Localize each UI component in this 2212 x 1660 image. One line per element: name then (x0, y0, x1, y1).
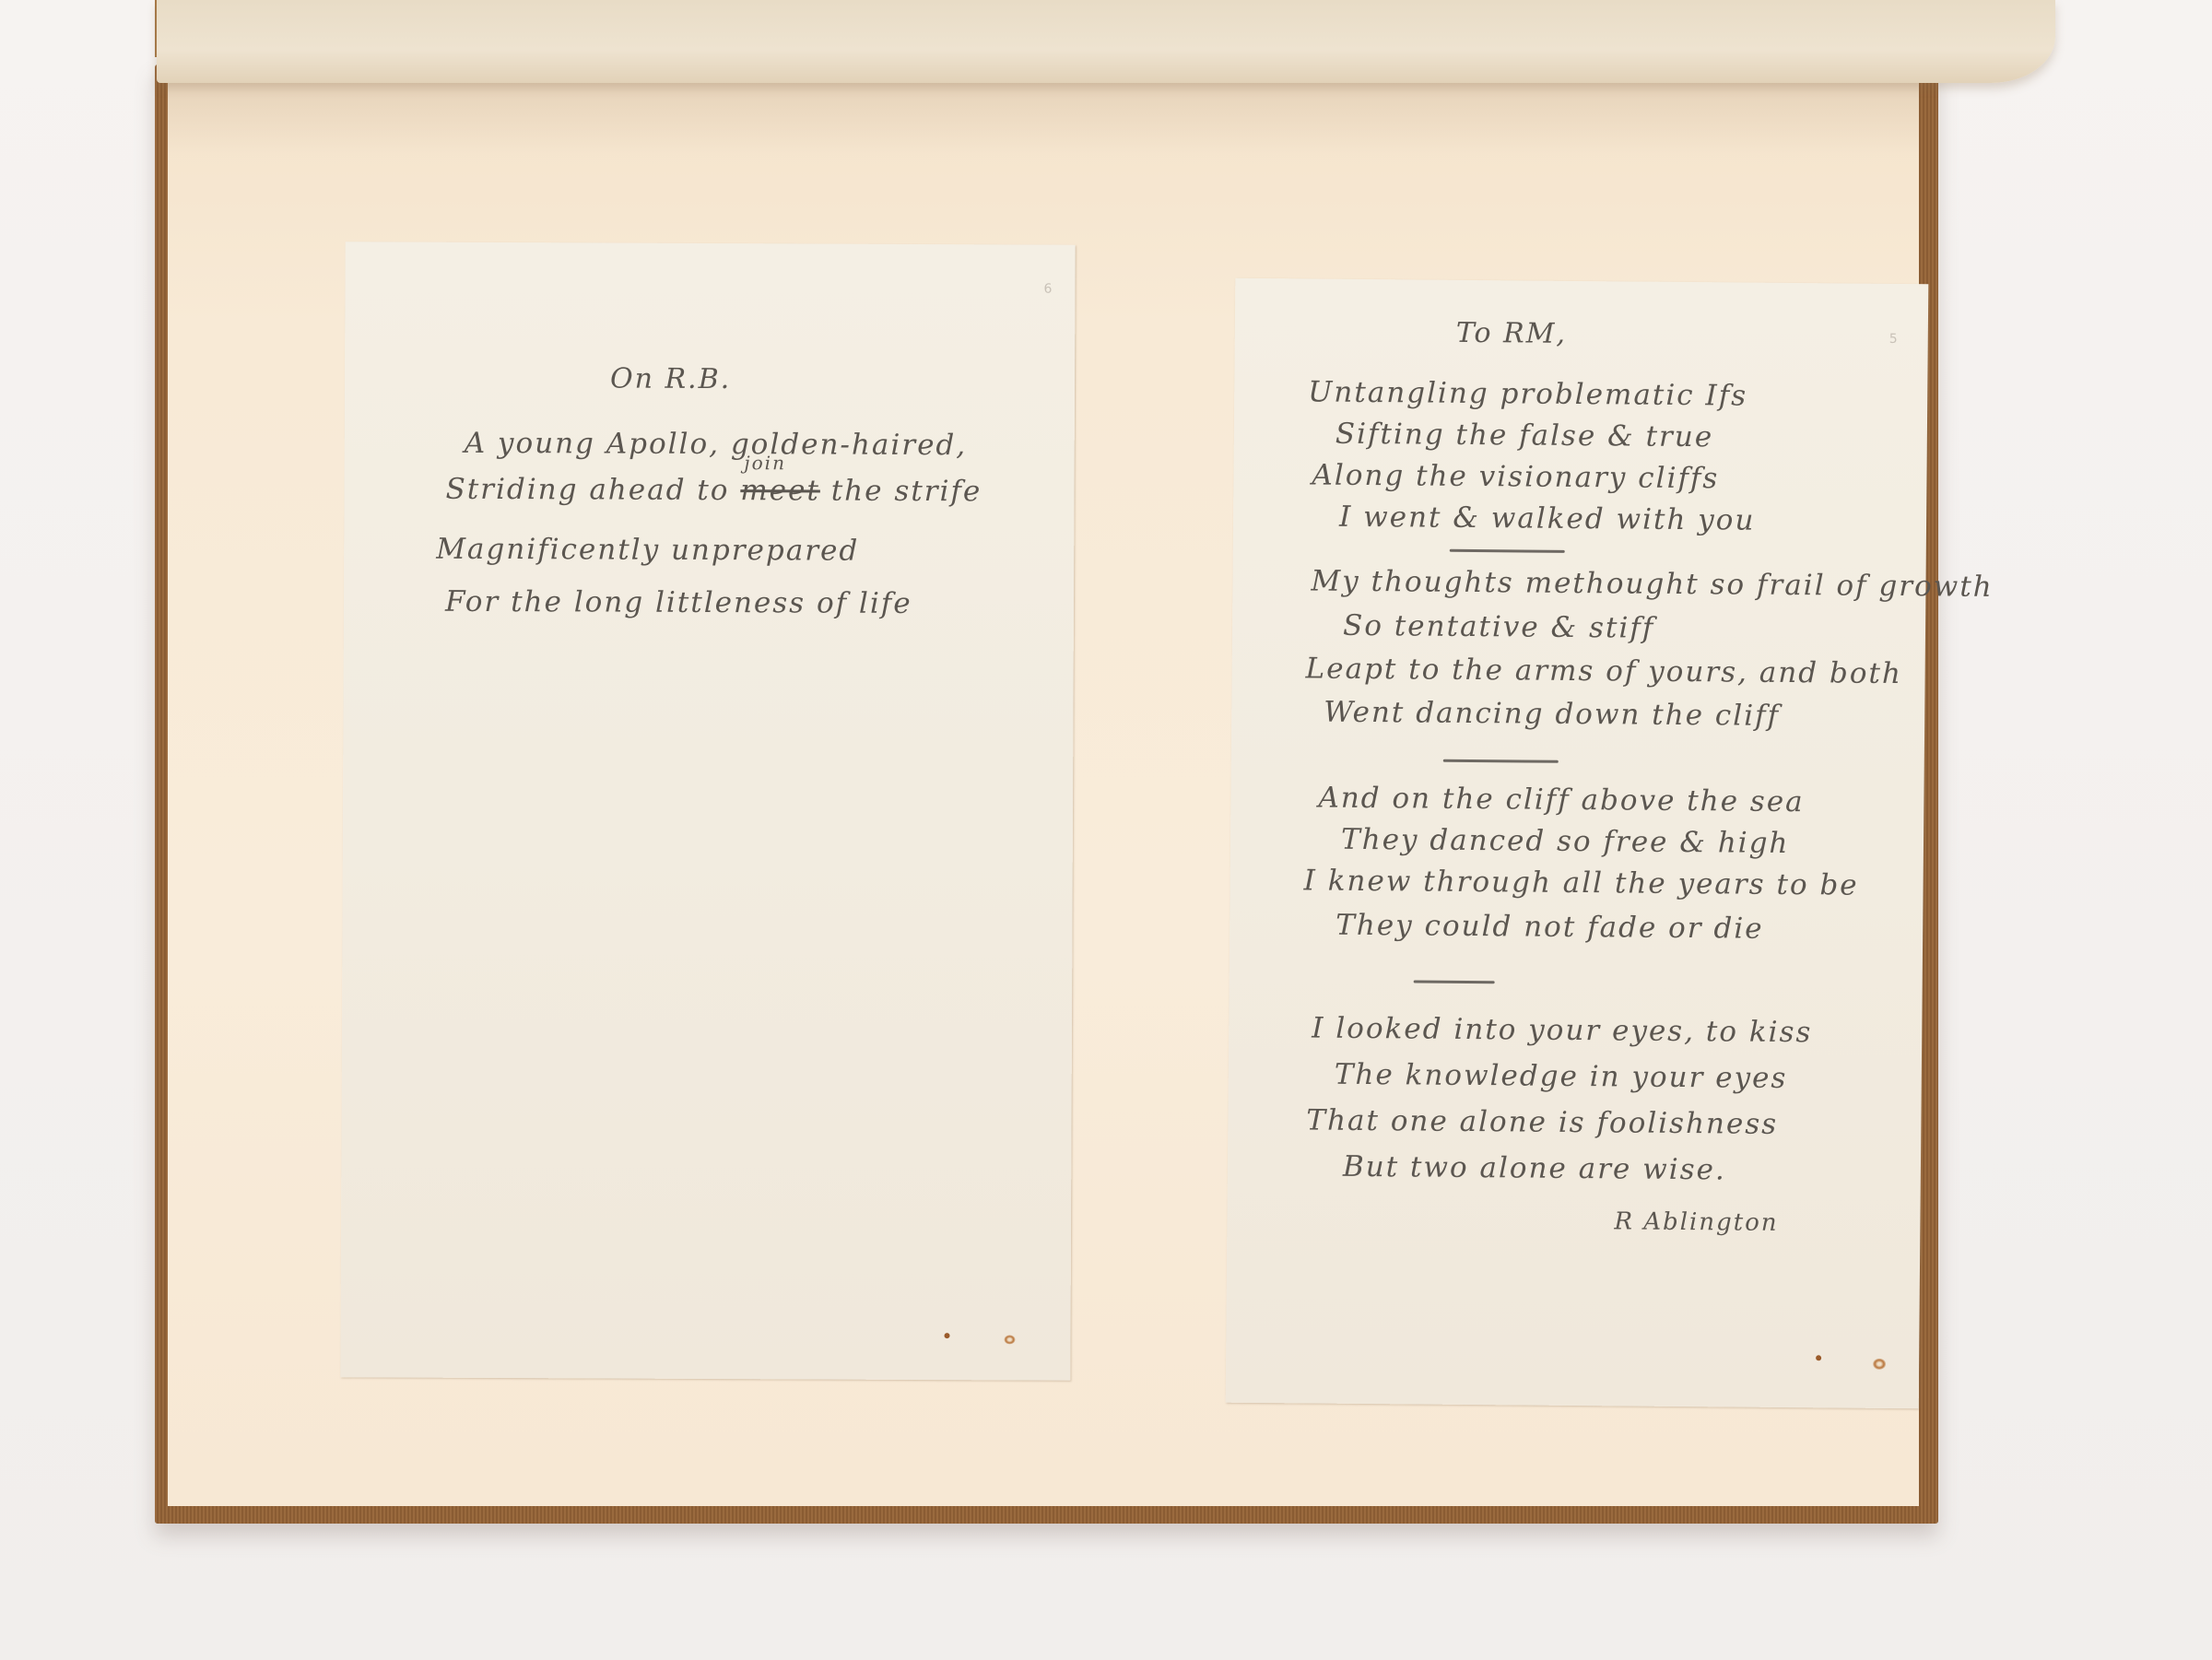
foxing-spot (1816, 1355, 1821, 1360)
poem-line: Along the visionary cliffs (1312, 458, 1719, 495)
poem-line-part: Striding ahead to (445, 473, 729, 507)
stanza-divider (1450, 549, 1565, 553)
poem-line: For the long littleness of life (445, 585, 912, 620)
page-mark: 5 (1889, 332, 1898, 347)
foxing-spot (1873, 1359, 1886, 1370)
poem-line: Magnificently unprepared (436, 533, 859, 568)
foxing-spot (945, 1333, 950, 1338)
poem-line: I went & walked with you (1339, 500, 1756, 537)
stanza-divider (1443, 759, 1559, 763)
struck-word: meet (740, 474, 820, 507)
poem-line: But two alone are wise. (1343, 1150, 1726, 1187)
poem-line: Leapt to the arms of yours, and both (1305, 652, 1902, 690)
stanza-divider (1414, 980, 1495, 983)
poem-title: On R.B. (610, 363, 731, 396)
signature: R Ablington (1614, 1207, 1778, 1237)
page-mark: 6 (1043, 282, 1052, 297)
poem-title: To RM, (1456, 317, 1567, 350)
poem-line: They could not fade or die (1335, 909, 1764, 946)
correction: join meet (740, 474, 831, 507)
poem-line: Went dancing down the cliff (1324, 696, 1780, 733)
poem-sheet-left: 6 On R.B. A young Apollo, golden-haired,… (340, 241, 1075, 1380)
poem-line: So tentative & stiff (1343, 609, 1655, 645)
page-curl-shadow (168, 72, 1919, 155)
inserted-word: join (744, 452, 786, 474)
poem-line: The knowledge in your eyes (1335, 1058, 1788, 1095)
poem-sheet-right: 5 To RM, Untangling problematic Ifs Sift… (1226, 278, 1929, 1409)
poem-line: A young Apollo, golden-haired, (465, 427, 968, 462)
poem-line: Sifting the false & true (1335, 418, 1714, 454)
poem-line: And on the cliff above the sea (1318, 782, 1805, 819)
poem-line-part: the strife (831, 475, 982, 509)
poem-line: I looked into your eyes, to kiss (1312, 1011, 1812, 1049)
poem-line: My thoughts methought so frail of growth (1311, 564, 1994, 603)
poem-line: Untangling problematic Ifs (1308, 375, 1747, 412)
curled-page[interactable] (157, 0, 2055, 83)
poem-line: That one alone is foolishness (1306, 1103, 1778, 1140)
poem-line: Striding ahead to join meet the strife (445, 473, 982, 509)
poem-line: They danced so free & high (1341, 823, 1790, 860)
poem-line: I knew through all the years to be (1303, 864, 1858, 901)
foxing-spot (1004, 1335, 1015, 1344)
